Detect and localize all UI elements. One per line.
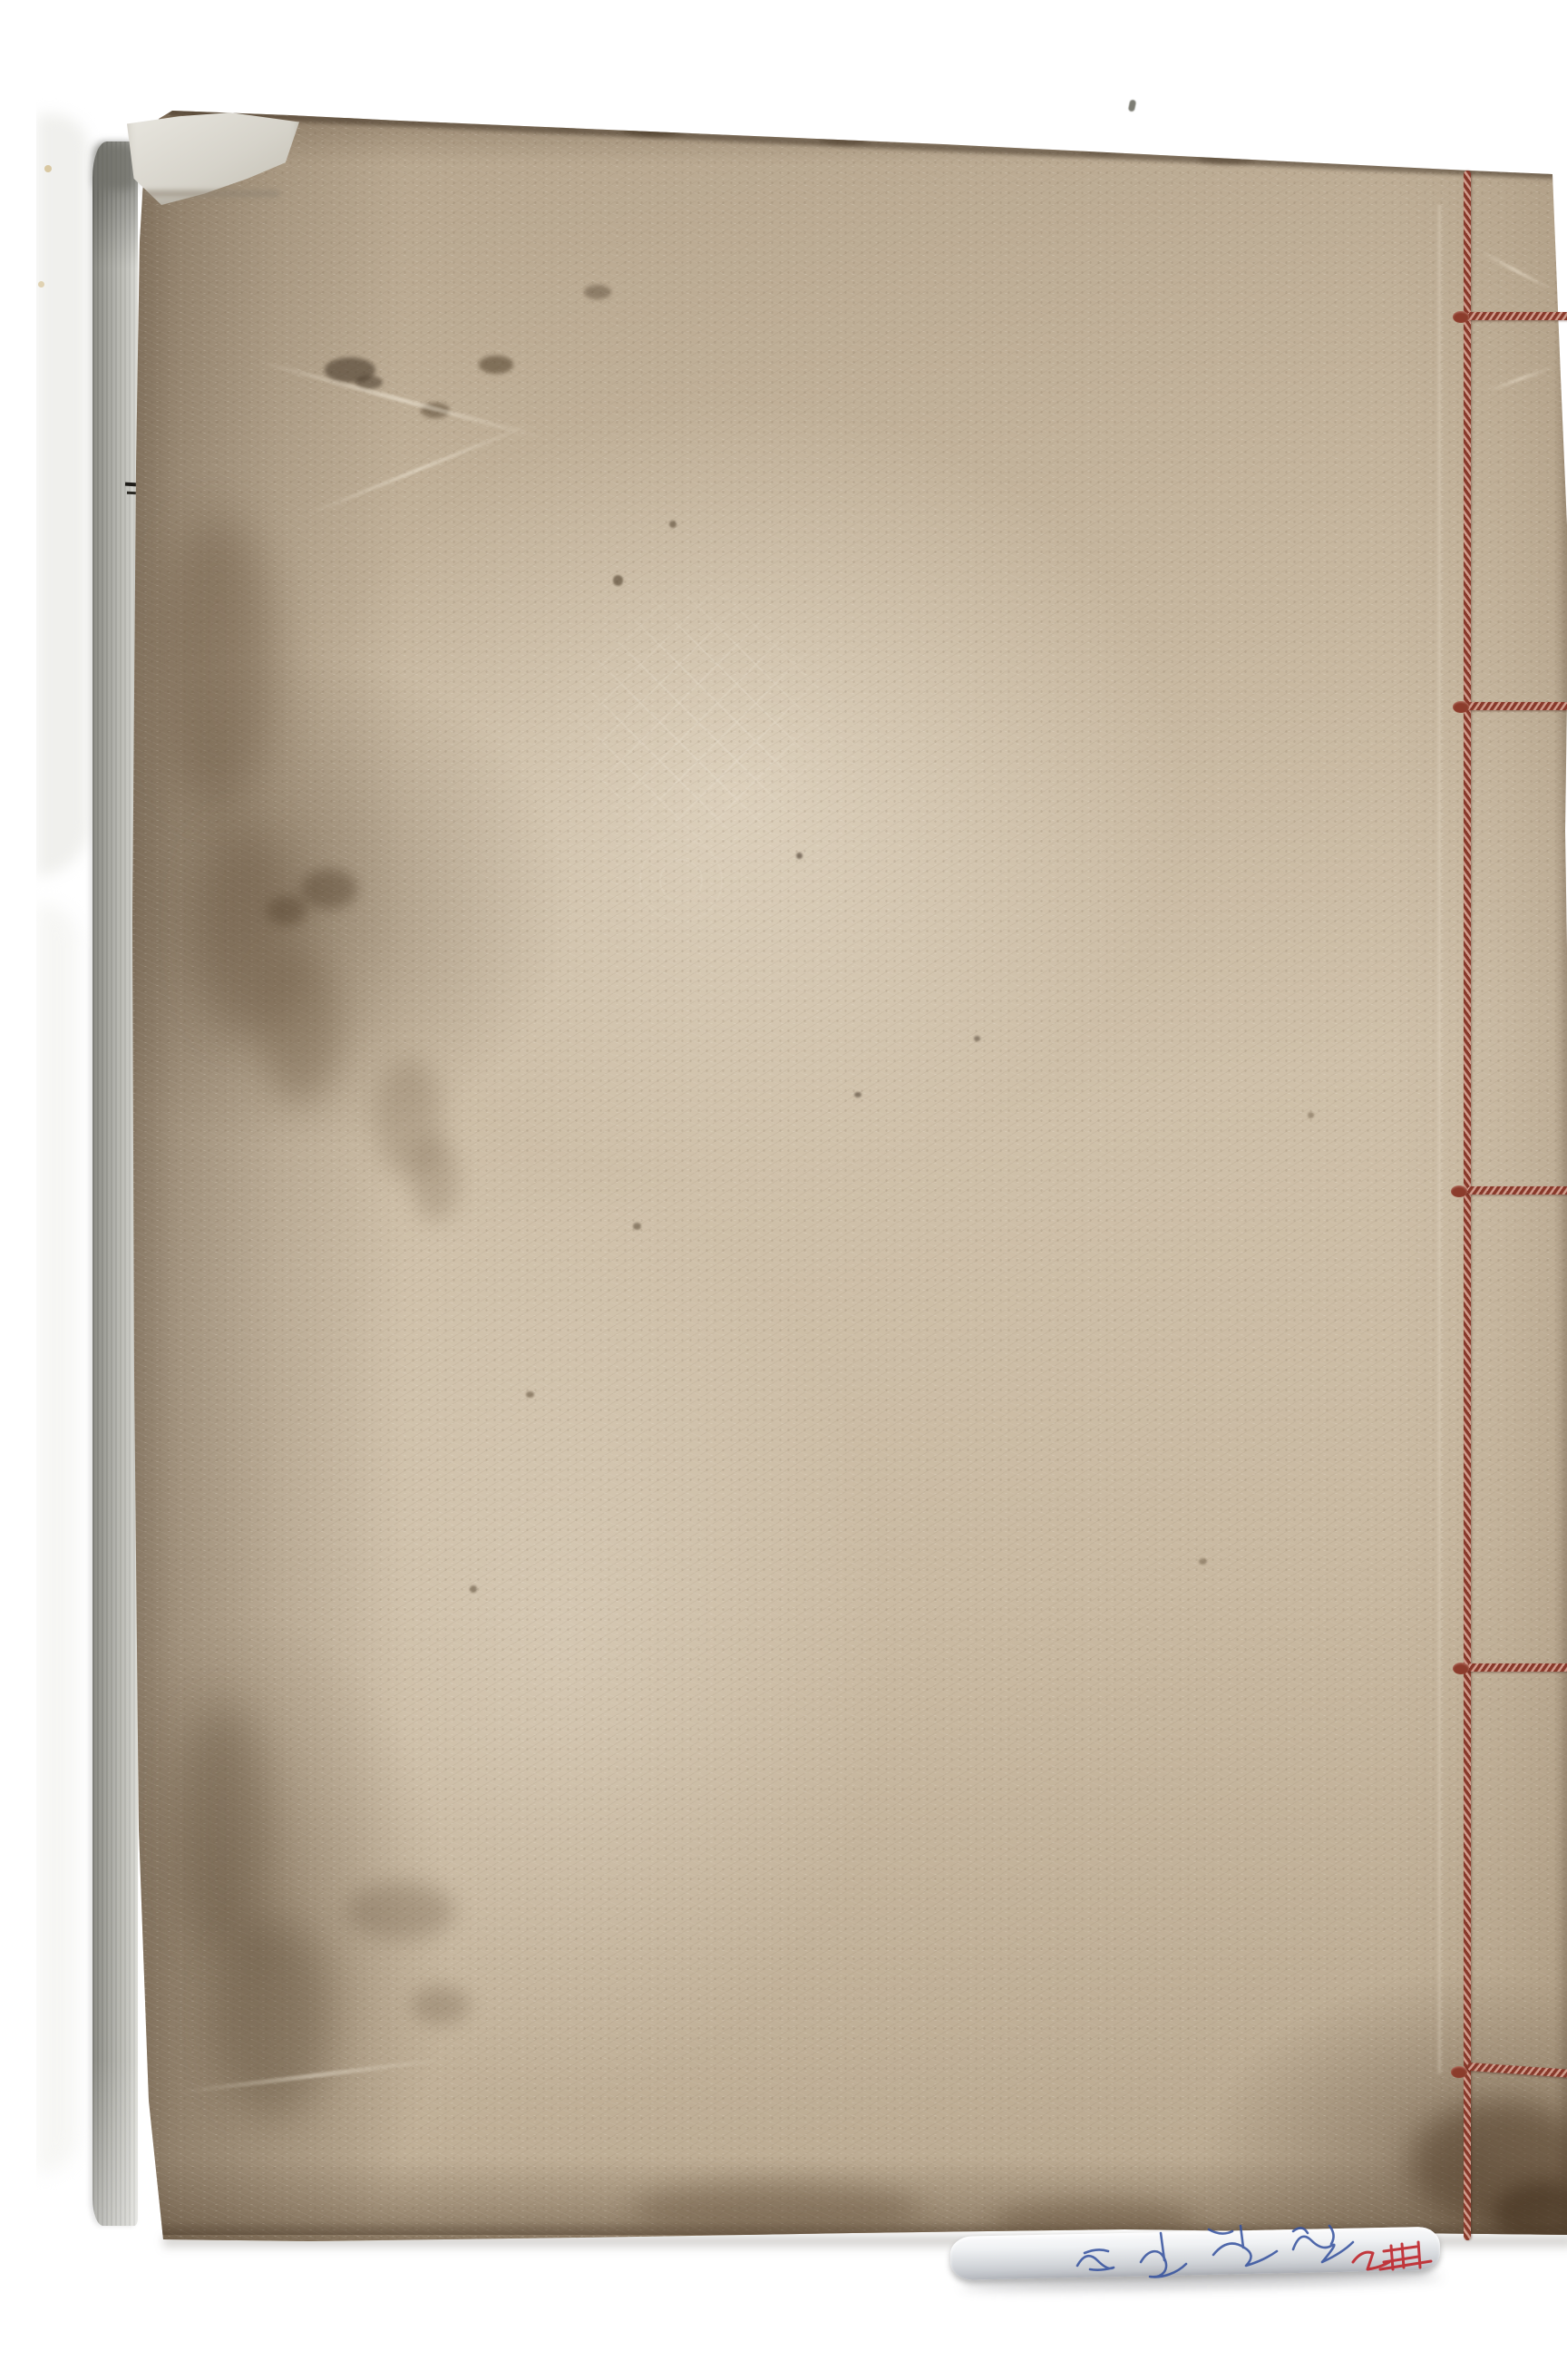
soil-spot [346,1883,455,1939]
soot-smudge [726,116,770,130]
fiber-speck [613,575,623,586]
right-edge-shading [1554,178,1567,2237]
soot-smudge [953,127,1027,142]
binding-stitch [1467,1186,1567,1195]
soil-streak [214,1919,332,2119]
label-handwriting [1025,2199,1451,2289]
fiber-speck [854,1092,861,1097]
binding-stitch [1467,1663,1567,1672]
bottom-band-soil [631,2182,921,2235]
fiber-speck [470,1585,477,1593]
binding-thread-vertical [1464,171,1471,2240]
fiber-speck [526,1391,534,1398]
soot-smudge [463,107,501,121]
binding-knot [1453,311,1469,323]
soil-spot [301,869,357,909]
soot-smudge [327,98,376,118]
soil-streak [160,513,277,813]
background-speck [44,165,52,172]
soot-smudge [1080,141,1127,153]
fiber-speck [1308,1112,1314,1118]
soot-smudge [817,127,873,144]
edge-ink-mark [127,492,137,494]
fiber-speck [669,521,676,528]
photo-antique-book-cover [36,15,1567,2365]
edge-ink-mark [125,483,137,487]
fiber-speck [1199,1558,1207,1565]
soot-smudge [545,112,592,128]
background-speck [38,281,44,288]
embossed-ring-pattern [577,795,785,967]
binding-stitch [1467,312,1567,320]
fiber-speck [796,853,803,859]
binding-knot [1451,2066,1467,2078]
fiber-speck [974,1036,980,1041]
soil-streak [178,1702,268,1956]
book-cover [123,78,1567,2248]
binding-knot [1453,701,1469,713]
soil-spot [412,1137,459,1221]
soot-smudge [1198,151,1254,164]
background-fiber-fleck [1128,99,1137,112]
page-edges-top-shading [94,143,136,190]
flap-seam-shadow [143,190,279,197]
fold-highlight [1436,205,1443,2073]
paper-grain-texture [123,78,1567,2248]
binding-stitch [1467,702,1567,710]
handwriting-blue-ink [1077,2226,1353,2277]
soil-streak [259,949,341,1103]
soil-spot [412,1986,470,2024]
soot-smudge [622,119,687,136]
ink-smudge [479,356,513,374]
fiber-speck [633,1223,641,1230]
ink-smudge [584,285,611,299]
binding-knot [1453,1663,1469,1674]
soot-smudge [395,103,450,120]
background-shadow-left-upper [36,114,89,876]
binding-knot [1451,1185,1467,1197]
background-shadow-left-lower [36,903,78,2173]
page-edges-strip [92,141,138,2226]
handwriting-red-ink [1353,2242,1431,2269]
soil-spot [267,896,307,925]
